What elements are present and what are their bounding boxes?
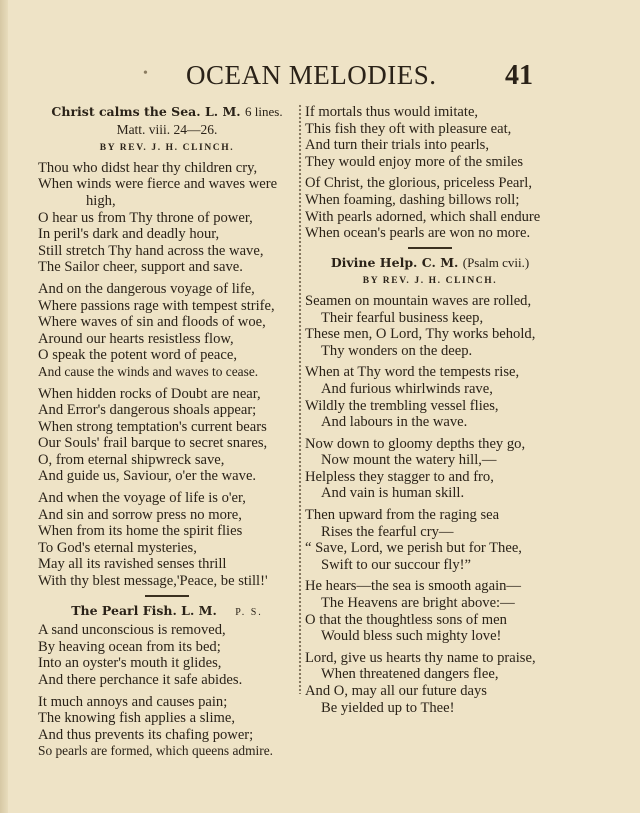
verse-line: The Heavens are bright above:— [305,595,555,612]
byline: BY REV. J. H. CLINCH. [305,273,555,290]
scripture-reference: Matt. viii. 24—26. [38,122,296,139]
verse-line: With pearls adorned, which shall endure [305,209,555,226]
byline: BY REV. J. H. CLINCH. [38,140,296,157]
verse-line: high, [38,193,296,210]
verse-line: May all its ravished senses thrill [38,556,296,573]
column-divider [297,104,303,694]
verse-line: The knowing fish applies a slime, [38,710,296,727]
stanza: If mortals thus would imitate, This fish… [305,104,555,170]
verse-line: Rises the fearful cry— [305,524,555,541]
verse-line: O speak the potent word of peace, [38,347,296,364]
verse-line: Thou who didst hear thy children cry, [38,160,296,177]
verse-line: And cause the winds and waves to cease. [38,364,296,381]
stanza: When at Thy word the tempests rise, And … [305,364,555,430]
verse-line: And thus prevents its chafing power; [38,727,296,744]
verse-line: Where passions rage with tempest strife, [38,298,296,315]
verse-line: If mortals thus would imitate, [305,104,555,121]
verse-line: And turn their trials into pearls, [305,137,555,154]
verse-line: So pearls are formed, which queens admir… [38,743,296,760]
verse-line: This fish they oft with pleasure eat, [305,121,555,138]
verse-line: And guide us, Saviour, o'er the wave. [38,468,296,485]
author-initials: P. S. [235,607,263,618]
verse-line: Our Souls' frail barque to secret snares… [38,435,296,452]
verse-line: Swift to our succour fly!” [305,557,555,574]
stanza: Seamen on mountain waves are rolled, The… [305,293,555,359]
verse-line: A sand unconscious is removed, [38,622,296,639]
ornament-dot: • [143,66,148,82]
verse-line: When strong temptation's current bears [38,419,296,436]
verse-line: When ocean's pearls are won no more. [305,225,555,242]
verse-line: Now mount the watery hill,— [305,452,555,469]
left-column: Christ calms the Sea. L. M. 6 lines. Mat… [38,104,296,765]
hymn-title: Christ calms the Sea. L. M. 6 lines. [38,104,296,121]
verse-line: These men, O Lord, Thy works behold, [305,326,555,343]
page-number: 41 [505,60,533,92]
verse-line: They would enjoy more of the smiles [305,154,555,171]
verse-line: “ Save, Lord, we perish but for Thee, [305,540,555,557]
verse-line: O, from eternal shipwreck save, [38,452,296,469]
stanza: It much annoys and causes pain; The know… [38,694,296,760]
stanza: When hidden rocks of Doubt are near, And… [38,386,296,486]
page-title: OCEAN MELODIES. [186,60,437,91]
verse-line: Helpless they stagger to and fro, [305,469,555,486]
verse-line: And when the voyage of life is o'er, [38,490,296,507]
verse-line: And O, may all our future days [305,683,555,700]
section-rule [145,595,189,597]
verse-line: O that the thoughtless sons of men [305,612,555,629]
verse-line: He hears—the sea is smooth again— [305,578,555,595]
scripture-reference: (Psalm cvii.) [463,255,529,270]
verse-line: And sin and sorrow press no more, [38,507,296,524]
verse-line: Now down to gloomy depths they go, [305,436,555,453]
verse-line: When hidden rocks of Doubt are near, [38,386,296,403]
verse-line: By heaving ocean from its bed; [38,639,296,656]
verse-line: With thy blest message,'Peace, be still!… [38,573,296,590]
verse-line: To God's eternal mysteries, [38,540,296,557]
verse-line: It much annoys and causes pain; [38,694,296,711]
hymn-title: Divine Help. C. M. (Psalm cvii.) [305,255,555,272]
verse-line: Of Christ, the glorious, priceless Pearl… [305,175,555,192]
verse-line: Be yielded up to Thee! [305,700,555,717]
stanza: And when the voyage of life is o'er, And… [38,490,296,590]
verse-line: Into an oyster's mouth it glides, [38,655,296,672]
running-head: • OCEAN MELODIES. 41 [0,60,640,100]
stanza: A sand unconscious is removed, By heavin… [38,622,296,688]
verse-line: And vain is human skill. [305,485,555,502]
verse-line: Still stretch Thy hand across the wave, [38,243,296,260]
verse-line: Lord, give us hearts thy name to praise, [305,650,555,667]
verse-line: Then upward from the raging sea [305,507,555,524]
verse-line: And Error's dangerous shoals appear; [38,402,296,419]
verse-line: When foaming, dashing billows roll; [305,192,555,209]
stanza: Now down to gloomy depths they go, Now m… [305,436,555,502]
verse-line: Their fearful business keep, [305,310,555,327]
verse-line: In peril's dark and deadly hour, [38,226,296,243]
verse-line: Around our hearts resistless flow, [38,331,296,348]
section-rule [408,247,452,249]
verse-line: Wildly the trembling vessel flies, [305,398,555,415]
stanza: Thou who didst hear thy children cry, Wh… [38,160,296,276]
stanza: He hears—the sea is smooth again— The He… [305,578,555,644]
verse-line: Seamen on mountain waves are rolled, [305,293,555,310]
verse-line: O hear us from Thy throne of power, [38,210,296,227]
verse-line: And on the dangerous voyage of life, [38,281,296,298]
verse-line: When threatened dangers flee, [305,666,555,683]
meter-note: 6 lines. [245,104,283,119]
right-column: If mortals thus would imitate, This fish… [305,104,555,721]
verse-line: And furious whirlwinds rave, [305,381,555,398]
verse-line: And labours in the wave. [305,414,555,431]
page-edge [0,0,8,813]
verse-line: Would bless such mighty love! [305,628,555,645]
verse-line: When winds were fierce and waves were [38,176,296,193]
stanza: And on the dangerous voyage of life, Whe… [38,281,296,381]
verse-line: Thy wonders on the deep. [305,343,555,360]
stanza: Of Christ, the glorious, priceless Pearl… [305,175,555,241]
verse-line: When at Thy word the tempests rise, [305,364,555,381]
hymn-title: The Pearl Fish. L. M. P. S. [38,603,296,622]
stanza: Lord, give us hearts thy name to praise,… [305,650,555,716]
verse-line: And there perchance it safe abides. [38,672,296,689]
stanza: Then upward from the raging sea Rises th… [305,507,555,573]
verse-line: When from its home the spirit flies [38,523,296,540]
verse-line: Where waves of sin and floods of woe, [38,314,296,331]
verse-line: The Sailor cheer, support and save. [38,259,296,276]
